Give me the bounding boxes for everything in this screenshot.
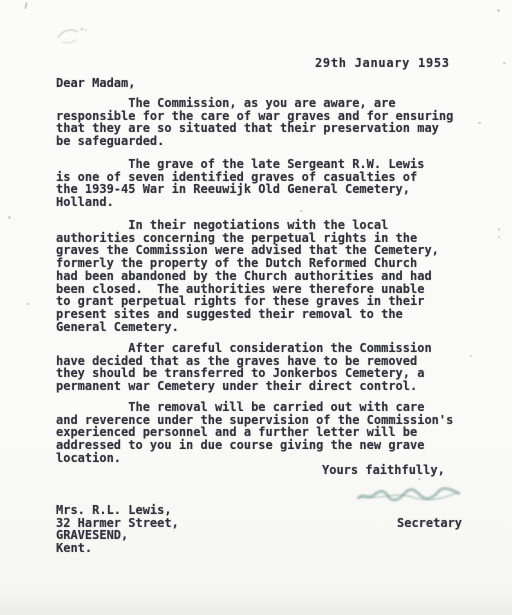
paragraph-grave-identified: The grave of the late Sergeant R.W. Lewi…: [56, 158, 424, 209]
paper-speck: [478, 122, 481, 124]
paragraph-care-of-graves: The Commission, as you are aware, are re…: [56, 97, 453, 148]
scan-shadow: [0, 589, 512, 615]
paper-speck: [503, 62, 506, 64]
letter-page: 29th January 1953 Dear Madam, The Commis…: [0, 0, 512, 615]
recipient-address: Mrs. R.L. Lewis, 32 Harmer Street, GRAVE…: [56, 504, 179, 555]
paragraph-transfer-decision: After careful consideration the Commissi…: [56, 342, 432, 393]
paper-speck: [418, 478, 421, 480]
paragraph-removal-procedure: The removal will be carried out with car…: [56, 401, 453, 465]
paper-speck: [498, 228, 500, 231]
smudge-mark: [52, 20, 100, 48]
paragraph-negotiations: In their negotiations with the local aut…: [56, 219, 439, 333]
pencil-tick-mark: [24, 2, 27, 9]
salutation: Dear Madam,: [56, 77, 135, 90]
signature-stamp: [354, 486, 464, 506]
signer-title: Secretary: [397, 517, 462, 530]
closing-valediction: Yours faithfully,: [322, 464, 445, 477]
paper-speck: [497, 9, 500, 12]
paper-speck: [8, 216, 11, 219]
paper-speck: [470, 355, 472, 357]
paper-speck: [27, 303, 30, 305]
paper-speck: [300, 210, 303, 212]
paper-speck: [498, 236, 500, 238]
letter-date: 29th January 1953: [315, 57, 450, 70]
